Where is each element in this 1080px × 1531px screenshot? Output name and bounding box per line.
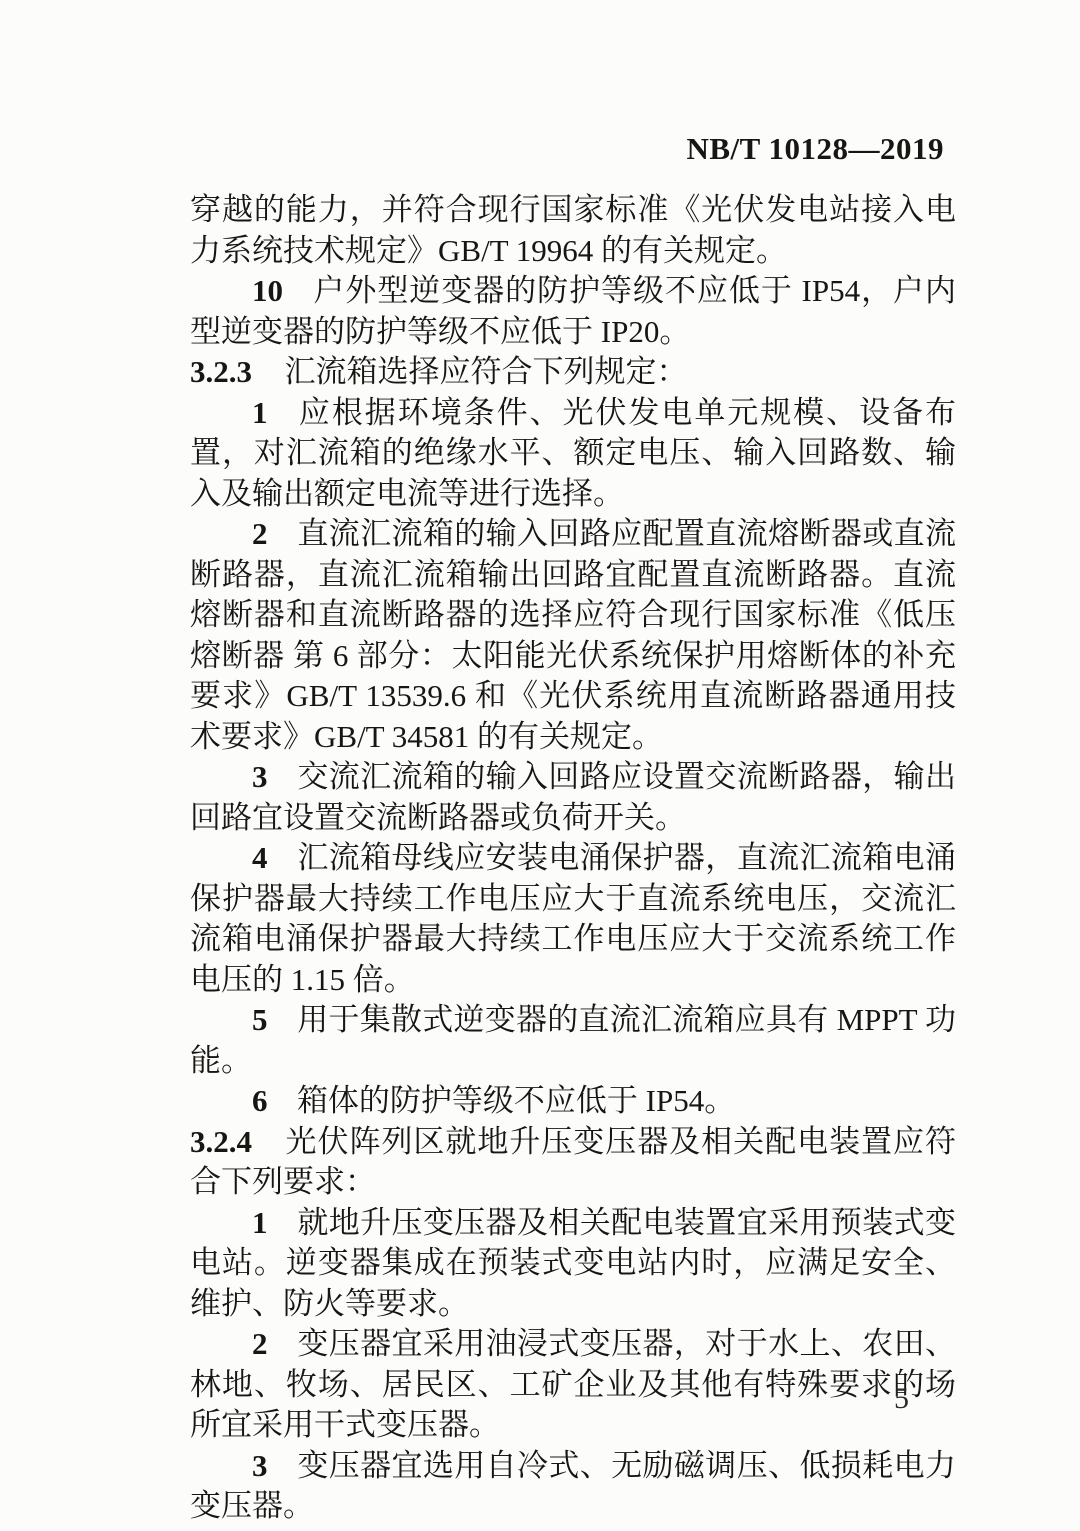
paragraph-text: 汇流箱选择应符合下列规定：	[285, 354, 688, 389]
paragraph: 1应根据环境条件、光伏发电单元规模、设备布置，对汇流箱的绝缘水平、额定电压、输入…	[190, 393, 956, 515]
item-number: 2	[252, 516, 268, 551]
item-number: 1	[252, 395, 268, 430]
paragraph-text: 变压器宜选用自冷式、无励磁调压、低损耗电力变压器。	[190, 1448, 956, 1524]
paragraph-text: 应根据环境条件、光伏发电单元规模、设备布置，对汇流箱的绝缘水平、额定电压、输入回…	[190, 395, 956, 511]
paragraph-text: 用于集散式逆变器的直流汇流箱应具有 MPPT 功能。	[190, 1002, 956, 1078]
section-number: 3.2.4	[190, 1124, 252, 1159]
paragraph: 3交流汇流箱的输入回路应设置交流断路器，输出回路宜设置交流断路器或负荷开关。	[190, 757, 956, 838]
item-number: 2	[252, 1326, 268, 1361]
paragraph-text: 汇流箱母线应安装电涌保护器，直流汇流箱电涌保护器最大持续工作电压应大于直流系统电…	[190, 840, 956, 997]
item-number: 3	[252, 759, 268, 794]
page-number: 5	[894, 1382, 909, 1416]
item-number: 3	[252, 1448, 268, 1483]
paragraph: 5用于集散式逆变器的直流汇流箱应具有 MPPT 功能。	[190, 1000, 956, 1081]
document-body: 穿越的能力，并符合现行国家标准《光伏发电站接入电力系统技术规定》GB/T 199…	[190, 190, 956, 1527]
section-heading: 3.2.3汇流箱选择应符合下列规定：	[190, 352, 956, 393]
paragraph-text: 变压器宜采用油浸式变压器，对于水上、农田、林地、牧场、居民区、工矿企业及其他有特…	[190, 1326, 956, 1442]
paragraph-text: 箱体的防护等级不应低于 IP54。	[297, 1083, 735, 1118]
paragraph-text: 穿越的能力，并符合现行国家标准《光伏发电站接入电力系统技术规定》GB/T 199…	[190, 192, 956, 268]
paragraph: 6箱体的防护等级不应低于 IP54。	[190, 1081, 956, 1122]
section-number: 3.2.3	[190, 354, 252, 389]
paragraph-text: 就地升压变压器及相关配电装置宜采用预装式变电站。逆变器集成在预装式变电站内时，应…	[190, 1205, 956, 1321]
paragraph: 10户外型逆变器的防护等级不应低于 IP54，户内型逆变器的防护等级不应低于 I…	[190, 271, 956, 352]
item-number: 4	[252, 840, 268, 875]
item-number: 6	[252, 1083, 268, 1118]
paragraph-text: 户外型逆变器的防护等级不应低于 IP54，户内型逆变器的防护等级不应低于 IP2…	[190, 273, 956, 349]
paragraph: 2变压器宜采用油浸式变压器，对于水上、农田、林地、牧场、居民区、工矿企业及其他有…	[190, 1324, 956, 1446]
item-number: 10	[252, 273, 283, 308]
paragraph-text: 直流汇流箱的输入回路应配置直流熔断器或直流断路器，直流汇流箱输出回路宜配置直流断…	[190, 516, 956, 754]
paragraph: 穿越的能力，并符合现行国家标准《光伏发电站接入电力系统技术规定》GB/T 199…	[190, 190, 956, 271]
item-number: 5	[252, 1002, 268, 1037]
document-page: NB/T 10128—2019 穿越的能力，并符合现行国家标准《光伏发电站接入电…	[0, 0, 1080, 1531]
section-heading: 3.2.4光伏阵列区就地升压变压器及相关配电装置应符合下列要求：	[190, 1122, 956, 1203]
paragraph: 3变压器宜选用自冷式、无励磁调压、低损耗电力变压器。	[190, 1446, 956, 1527]
paragraph: 2直流汇流箱的输入回路应配置直流熔断器或直流断路器，直流汇流箱输出回路宜配置直流…	[190, 514, 956, 757]
item-number: 1	[252, 1205, 268, 1240]
paragraph-text: 交流汇流箱的输入回路应设置交流断路器，输出回路宜设置交流断路器或负荷开关。	[190, 759, 956, 835]
paragraph: 1就地升压变压器及相关配电装置宜采用预装式变电站。逆变器集成在预装式变电站内时，…	[190, 1203, 956, 1325]
paragraph: 4汇流箱母线应安装电涌保护器，直流汇流箱电涌保护器最大持续工作电压应大于直流系统…	[190, 838, 956, 1000]
standard-number-header: NB/T 10128—2019	[686, 131, 944, 167]
paragraph-text: 光伏阵列区就地升压变压器及相关配电装置应符合下列要求：	[190, 1124, 956, 1200]
